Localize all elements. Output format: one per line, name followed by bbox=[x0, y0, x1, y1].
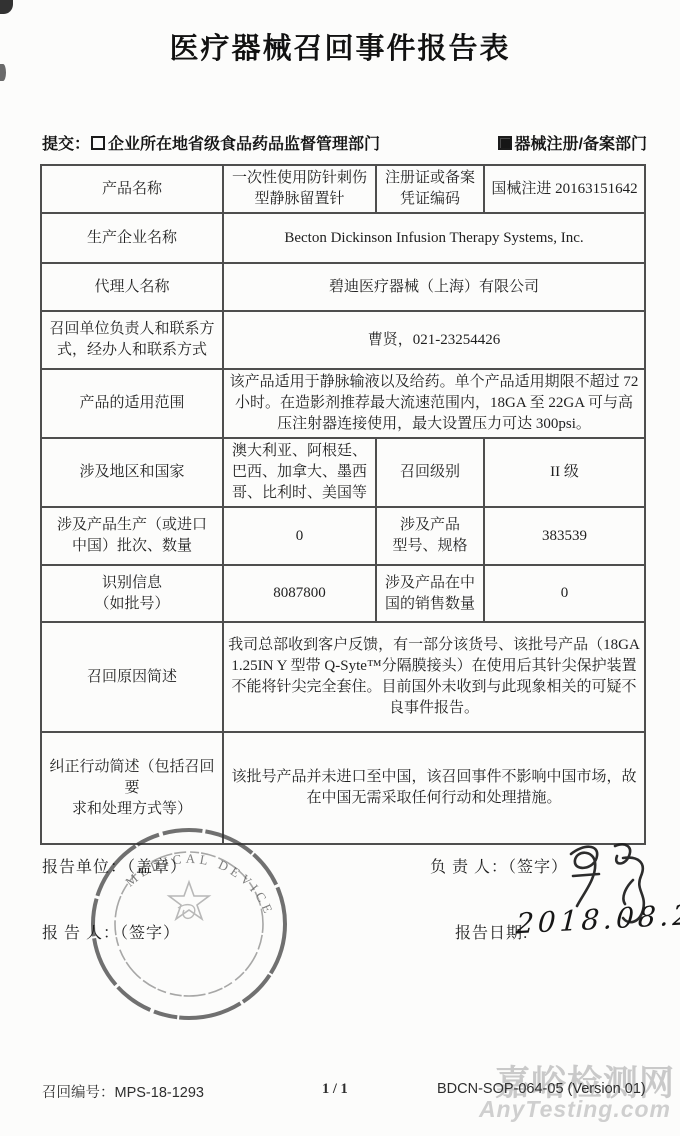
recall-level-label: 召回级别 bbox=[376, 438, 484, 507]
submit-label: 提交： bbox=[42, 131, 90, 154]
table-row-product-name: 产品名称 一次性使用防针刺伤 型静脉留置针 注册证或备案 凭证编码 国械注进 2… bbox=[41, 165, 645, 213]
manufacturer-label: 生产企业名称 bbox=[41, 213, 223, 263]
table-row-agent: 代理人名称 碧迪医疗器械（上海）有限公司 bbox=[41, 263, 645, 311]
document-number: BDCN-SOP-064-05 (Version 01) bbox=[437, 1081, 646, 1097]
registration-cert-label: 注册证或备案 凭证编码 bbox=[376, 165, 484, 213]
recall-number: 召回编号：MPS-18-1293 bbox=[42, 1081, 204, 1102]
scan-artifact-corner bbox=[0, 0, 13, 14]
table-row-recall-reason: 召回原因简述 我司总部收到客户反馈，有一部分该货号、该批号产品（18GA 1.2… bbox=[41, 622, 645, 732]
regions-value: 澳大利亚、阿根廷、 巴西、加拿大、墨西 哥、比利时、美国等 bbox=[223, 438, 376, 507]
submit-option-provincial-label: 企业所在地省级食品药品监督管理部门 bbox=[108, 131, 380, 154]
submit-option-registration-label: 器械注册/备案部门 bbox=[515, 131, 647, 154]
submit-option-registration: 器械注册/备案部门 bbox=[497, 131, 647, 154]
checkbox-unchecked-icon bbox=[91, 136, 105, 150]
submit-line: 提交： 企业所在地省级食品药品监督管理部门 器械注册/备案部门 bbox=[42, 131, 647, 154]
checkbox-checked-icon bbox=[498, 136, 512, 150]
identification-value: 8087800 bbox=[223, 565, 376, 622]
reporter-label: 报 告 人：（签字） bbox=[42, 920, 180, 943]
recall-level-value: II 级 bbox=[484, 438, 645, 507]
scope-label: 产品的适用范围 bbox=[41, 369, 223, 438]
agent-label: 代理人名称 bbox=[41, 263, 223, 311]
stamp-star-icon bbox=[169, 882, 209, 919]
page-number: 1 / 1 bbox=[322, 1081, 348, 1098]
registration-cert-value: 国械注进 20163151642 bbox=[484, 165, 645, 213]
recall-reason-label: 召回原因简述 bbox=[41, 622, 223, 732]
report-unit-label: 报告单位：（盖章） bbox=[42, 854, 187, 877]
model-spec-value: 383539 bbox=[484, 507, 645, 565]
product-name-value: 一次性使用防针刺伤 型静脉留置针 bbox=[223, 165, 376, 213]
identification-label: 识别信息 （如批号） bbox=[41, 565, 223, 622]
batches-value: 0 bbox=[223, 507, 376, 565]
recall-reason-value: 我司总部收到客户反馈，有一部分该货号、该批号产品（18GA 1.25IN Y 型… bbox=[223, 622, 645, 732]
batches-label: 涉及产品生产（或进口 中国）批次、数量 bbox=[41, 507, 223, 565]
agent-value: 碧迪医疗器械（上海）有限公司 bbox=[223, 263, 645, 311]
model-spec-label: 涉及产品 型号、规格 bbox=[376, 507, 484, 565]
responsible-person-label: 负 责 人：（签字） bbox=[430, 854, 568, 877]
table-row-scope: 产品的适用范围 该产品适用于静脉输液以及给药。单个产品适用期限不超过 72 小时… bbox=[41, 369, 645, 438]
contact-label: 召回单位负责人和联系方 式，经办人和联系方式 bbox=[41, 311, 223, 369]
scanned-recall-report-page: 医疗器械召回事件报告表 提交： 企业所在地省级食品药品监督管理部门 器械注册/备… bbox=[0, 0, 680, 1136]
table-row-contact: 召回单位负责人和联系方 式，经办人和联系方式 曹贤，021-23254426 bbox=[41, 311, 645, 369]
contact-value: 曹贤，021-23254426 bbox=[223, 311, 645, 369]
table-row-identification: 识别信息 （如批号） 8087800 涉及产品在中 国的销售数量 0 bbox=[41, 565, 645, 622]
scope-value: 该产品适用于静脉输液以及给药。单个产品适用期限不超过 72 小时。在造影剂推荐最… bbox=[223, 369, 645, 438]
signature-scribble bbox=[563, 836, 663, 936]
manufacturer-value: Becton Dickinson Infusion Therapy System… bbox=[223, 213, 645, 263]
china-sales-label: 涉及产品在中 国的销售数量 bbox=[376, 565, 484, 622]
table-row-manufacturer: 生产企业名称 Becton Dickinson Infusion Therapy… bbox=[41, 213, 645, 263]
page-title: 医疗器械召回事件报告表 bbox=[0, 26, 680, 67]
china-sales-value: 0 bbox=[484, 565, 645, 622]
submit-option-provincial: 提交： 企业所在地省级食品药品监督管理部门 bbox=[42, 131, 380, 154]
recall-report-table: 产品名称 一次性使用防针刺伤 型静脉留置针 注册证或备案 凭证编码 国械注进 2… bbox=[40, 164, 646, 845]
watermark-site-url: AnyTesting.com bbox=[479, 1096, 671, 1123]
table-row-batches: 涉及产品生产（或进口 中国）批次、数量 0 涉及产品 型号、规格 383539 bbox=[41, 507, 645, 565]
regions-label: 涉及地区和国家 bbox=[41, 438, 223, 507]
table-row-regions: 涉及地区和国家 澳大利亚、阿根廷、 巴西、加拿大、墨西 哥、比利时、美国等 召回… bbox=[41, 438, 645, 507]
product-name-label: 产品名称 bbox=[41, 165, 223, 213]
